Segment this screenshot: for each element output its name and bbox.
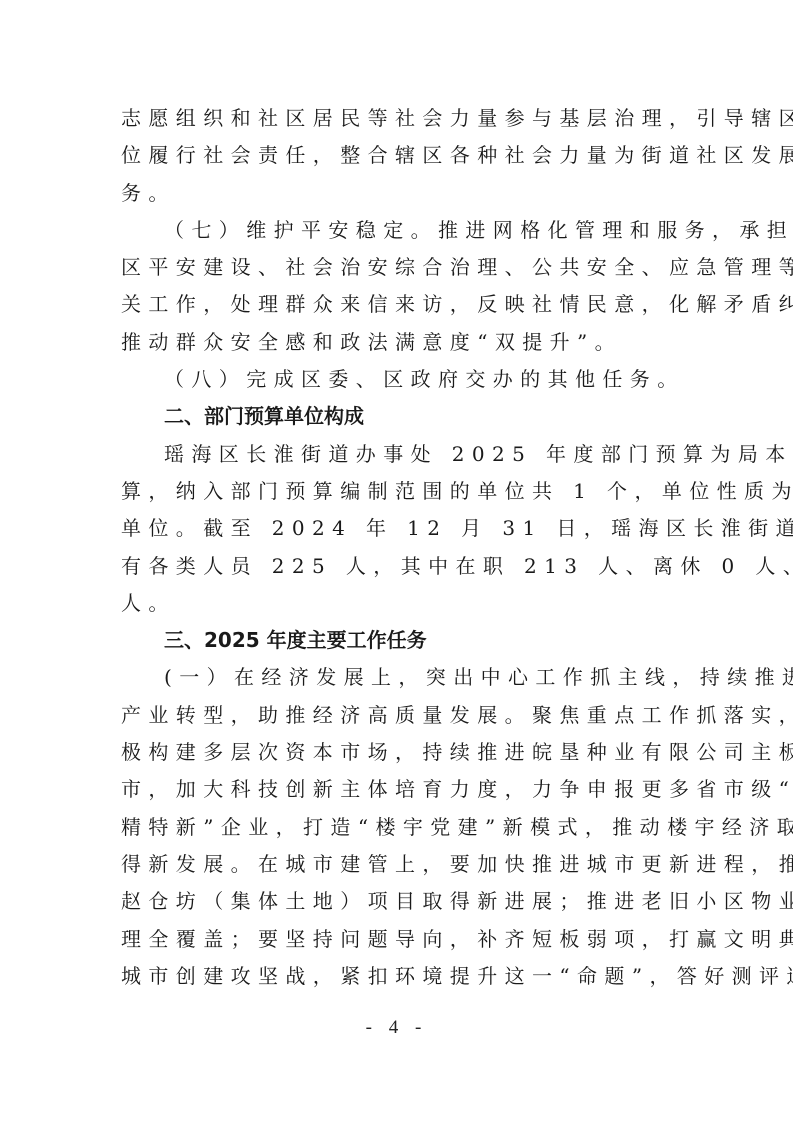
text-line: 算，纳入部门预算编制范围的单位共 1 个，单位性质为行政 <box>121 473 677 510</box>
section-heading-3: 三、2025 年度主要工作任务 <box>121 622 677 659</box>
text-line: 理全覆盖；要坚持问题导向，补齐短板弱项，打赢文明典范 <box>121 921 677 958</box>
text-line: 赵仓坊（集体土地）项目取得新进展；推进老旧小区物业管 <box>121 883 677 920</box>
text-line: (一）在经济发展上，突出中心工作抓主线，持续推进 <box>121 659 677 696</box>
text-line: 关工作，处理群众来信来访，反映社情民意，化解矛盾纠纷， <box>121 286 677 323</box>
text-line: 得新发展。在城市建管上，要加快推进城市更新进程，推动 <box>121 846 677 883</box>
text-line: 推动群众安全感和政法满意度“双提升”。 <box>121 324 677 361</box>
text-line: 单位。截至 2024 年 12 月 31 日，瑶海区长淮街道办事处实 <box>121 510 677 547</box>
text-line: （八）完成区委、区政府交办的其他任务。 <box>121 361 677 398</box>
text-line: 瑶海区长淮街道办事处 2025 年度部门预算为局本级预 <box>121 436 677 473</box>
text-line: 产业转型，助推经济高质量发展。聚焦重点工作抓落实，积 <box>121 697 677 734</box>
text-line: 人。 <box>121 585 677 622</box>
text-line: 城市创建攻坚战，紧扣环境提升这一“命题”，答好测评迎 <box>121 958 677 995</box>
text-line: 位履行社会责任，整合辖区各种社会力量为街道社区发展服 <box>121 137 677 174</box>
section-heading-2: 二、部门预算单位构成 <box>121 398 677 435</box>
text-line: 市，加大科技创新主体培育力度，力争申报更多省市级“专 <box>121 771 677 808</box>
text-line: 务。 <box>121 175 677 212</box>
text-line: 精特新”企业，打造“楼宇党建”新模式，推动楼宇经济取 <box>121 809 677 846</box>
page-number: - 4 - <box>0 1017 793 1039</box>
text-line: 有各类人员 225 人，其中在职 213 人、离休 0 人、退休 12 <box>121 548 677 585</box>
text-line: 区平安建设、社会治安综合治理、公共安全、应急管理等相 <box>121 249 677 286</box>
text-line: 极构建多层次资本市场，持续推进皖垦种业有限公司主板上 <box>121 734 677 771</box>
text-line: （七）维护平安稳定。推进网格化管理和服务，承担辖 <box>121 212 677 249</box>
text-line: 志愿组织和社区居民等社会力量参与基层治理，引导辖区单 <box>121 100 677 137</box>
document-body: 志愿组织和社区居民等社会力量参与基层治理，引导辖区单 位履行社会责任，整合辖区各… <box>121 100 677 995</box>
document-page: 志愿组织和社区居民等社会力量参与基层治理，引导辖区单 位履行社会责任，整合辖区各… <box>0 0 793 1122</box>
